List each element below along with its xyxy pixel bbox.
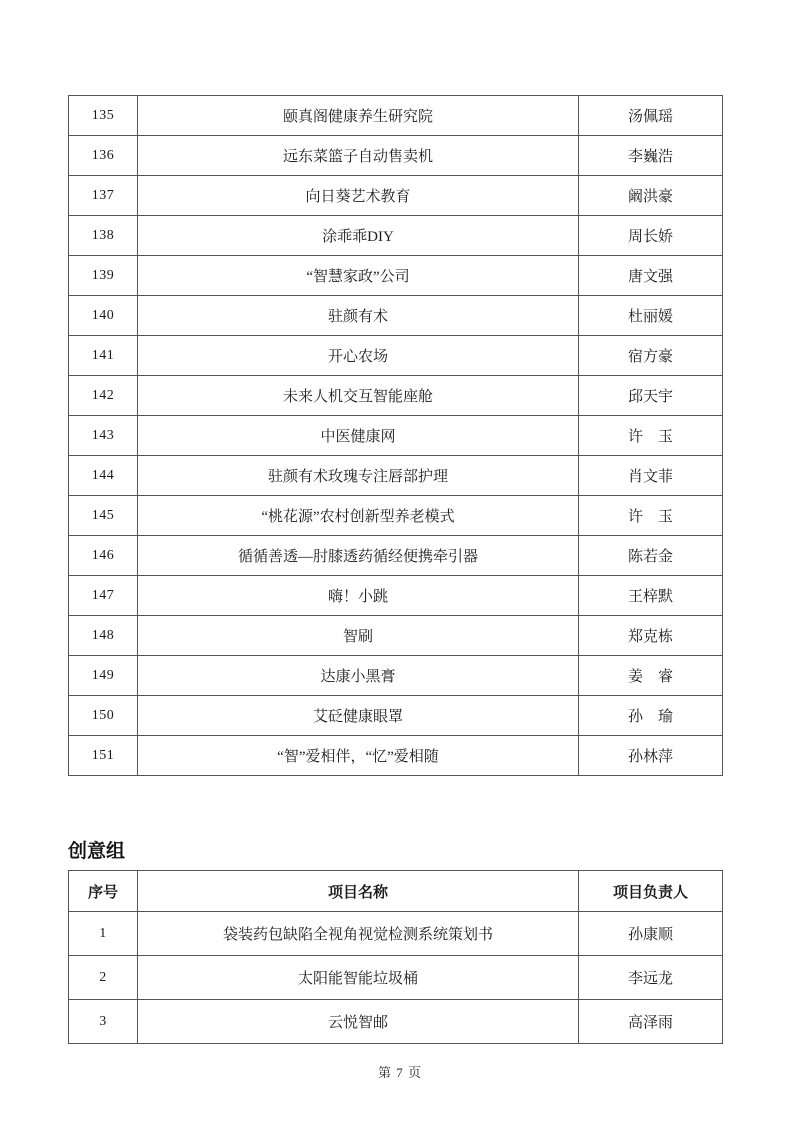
table-row: 3 云悦智邮 高泽雨: [69, 1000, 723, 1044]
table-row: 139 “智慧家政”公司 唐文强: [69, 256, 723, 296]
table-row: 145 “桃花源”农村创新型养老模式 许 玉: [69, 496, 723, 536]
header-project-leader: 项目负责人: [579, 871, 723, 912]
project-leader-cell: 高泽雨: [579, 1000, 723, 1044]
project-name-cell: 达康小黑膏: [138, 656, 579, 696]
table-row: 150 艾砭健康眼罩 孙 瑜: [69, 696, 723, 736]
serial-number-cell: 3: [69, 1000, 138, 1044]
project-name-cell: 向日葵艺术教育: [138, 176, 579, 216]
serial-number-cell: 140: [69, 296, 138, 336]
section-title-creative-group: 创意组: [68, 838, 125, 866]
table-header-row: 序号 项目名称 项目负责人: [69, 871, 723, 912]
serial-number-cell: 138: [69, 216, 138, 256]
serial-number-cell: 142: [69, 376, 138, 416]
project-name-cell: 循循善透—肘膝透药循经便携牵引器: [138, 536, 579, 576]
table-row: 1 袋装药包缺陷全视角视觉检测系统策划书 孙康顺: [69, 912, 723, 956]
table-row: 140 驻颜有术 杜丽媛: [69, 296, 723, 336]
project-leader-cell: 唐文强: [579, 256, 723, 296]
project-leader-cell: 孙林萍: [579, 736, 723, 776]
project-name-cell: 驻颜有术玫瑰专注唇部护理: [138, 456, 579, 496]
project-leader-cell: 李远龙: [579, 956, 723, 1000]
project-leader-cell: 郑克栋: [579, 616, 723, 656]
project-name-cell: 涂乖乖DIY: [138, 216, 579, 256]
header-serial-number: 序号: [69, 871, 138, 912]
project-list-table-continued: 135 颐真阁健康养生研究院 汤佩瑶 136 远东菜篮子自动售卖机 李巍浩 13…: [68, 95, 723, 776]
project-leader-cell: 许 玉: [579, 416, 723, 456]
project-leader-cell: 肖文菲: [579, 456, 723, 496]
serial-number-cell: 144: [69, 456, 138, 496]
table-row: 143 中医健康网 许 玉: [69, 416, 723, 456]
serial-number-cell: 1: [69, 912, 138, 956]
serial-number-cell: 143: [69, 416, 138, 456]
project-name-cell: 艾砭健康眼罩: [138, 696, 579, 736]
project-name-cell: “智慧家政”公司: [138, 256, 579, 296]
project-name-cell: 未来人机交互智能座舱: [138, 376, 579, 416]
creative-group-table: 序号 项目名称 项目负责人 1 袋装药包缺陷全视角视觉检测系统策划书 孙康顺 2…: [68, 870, 723, 1044]
table-row: 2 太阳能智能垃圾桶 李远龙: [69, 956, 723, 1000]
project-name-cell: “智”爱相伴，“忆”爱相随: [138, 736, 579, 776]
project-leader-cell: 许 玉: [579, 496, 723, 536]
document-page: 135 颐真阁健康养生研究院 汤佩瑶 136 远东菜篮子自动售卖机 李巍浩 13…: [0, 0, 800, 1131]
serial-number-cell: 139: [69, 256, 138, 296]
serial-number-cell: 148: [69, 616, 138, 656]
serial-number-cell: 150: [69, 696, 138, 736]
table-row: 136 远东菜篮子自动售卖机 李巍浩: [69, 136, 723, 176]
serial-number-cell: 146: [69, 536, 138, 576]
serial-number-cell: 147: [69, 576, 138, 616]
project-leader-cell: 李巍浩: [579, 136, 723, 176]
project-name-cell: 云悦智邮: [138, 1000, 579, 1044]
project-name-cell: 中医健康网: [138, 416, 579, 456]
project-name-cell: 智刷: [138, 616, 579, 656]
serial-number-cell: 135: [69, 96, 138, 136]
table-row: 151 “智”爱相伴，“忆”爱相随 孙林萍: [69, 736, 723, 776]
project-leader-cell: 王梓默: [579, 576, 723, 616]
project-leader-cell: 周长娇: [579, 216, 723, 256]
page-number-footer: 第 7 页: [0, 1062, 800, 1081]
table-row: 146 循循善透—肘膝透药循经便携牵引器 陈若金: [69, 536, 723, 576]
table-row: 147 嗨！小跳 王梓默: [69, 576, 723, 616]
project-leader-cell: 孙 瑜: [579, 696, 723, 736]
project-leader-cell: 杜丽媛: [579, 296, 723, 336]
table-row: 135 颐真阁健康养生研究院 汤佩瑶: [69, 96, 723, 136]
project-name-cell: 远东菜篮子自动售卖机: [138, 136, 579, 176]
project-leader-cell: 宿方豪: [579, 336, 723, 376]
project-leader-cell: 姜 睿: [579, 656, 723, 696]
table-row: 144 驻颜有术玫瑰专注唇部护理 肖文菲: [69, 456, 723, 496]
header-project-name: 项目名称: [138, 871, 579, 912]
serial-number-cell: 2: [69, 956, 138, 1000]
project-name-cell: 袋装药包缺陷全视角视觉检测系统策划书: [138, 912, 579, 956]
serial-number-cell: 136: [69, 136, 138, 176]
project-leader-cell: 阚洪豪: [579, 176, 723, 216]
table-row: 148 智刷 郑克栋: [69, 616, 723, 656]
table-row: 138 涂乖乖DIY 周长娇: [69, 216, 723, 256]
table-row: 137 向日葵艺术教育 阚洪豪: [69, 176, 723, 216]
project-name-cell: “桃花源”农村创新型养老模式: [138, 496, 579, 536]
serial-number-cell: 151: [69, 736, 138, 776]
project-leader-cell: 汤佩瑶: [579, 96, 723, 136]
project-name-cell: 颐真阁健康养生研究院: [138, 96, 579, 136]
serial-number-cell: 145: [69, 496, 138, 536]
serial-number-cell: 149: [69, 656, 138, 696]
project-leader-cell: 陈若金: [579, 536, 723, 576]
serial-number-cell: 141: [69, 336, 138, 376]
project-name-cell: 驻颜有术: [138, 296, 579, 336]
table-row: 142 未来人机交互智能座舱 邱天宇: [69, 376, 723, 416]
project-leader-cell: 邱天宇: [579, 376, 723, 416]
project-leader-cell: 孙康顺: [579, 912, 723, 956]
serial-number-cell: 137: [69, 176, 138, 216]
project-name-cell: 嗨！小跳: [138, 576, 579, 616]
table-row: 149 达康小黑膏 姜 睿: [69, 656, 723, 696]
table-row: 141 开心农场 宿方豪: [69, 336, 723, 376]
project-name-cell: 开心农场: [138, 336, 579, 376]
project-name-cell: 太阳能智能垃圾桶: [138, 956, 579, 1000]
